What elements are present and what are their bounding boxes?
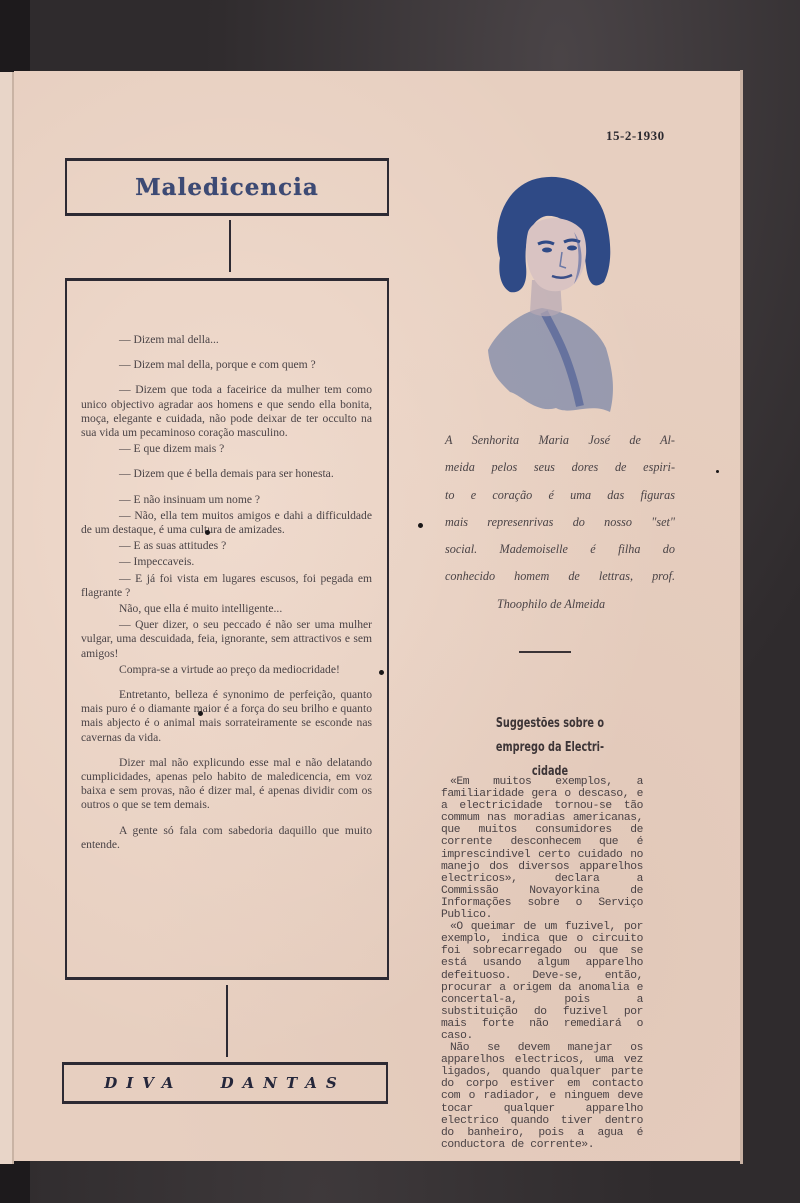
ink-speck xyxy=(716,470,719,473)
article-title: Maledicencia xyxy=(135,174,319,201)
paragraph: — Dizem que é bella demais para ser hone… xyxy=(81,467,372,481)
ink-speck xyxy=(198,711,203,716)
connector-rule-top xyxy=(229,220,231,272)
author-name: DIVA DANTAS xyxy=(104,1074,346,1092)
paragraph: «O queimar de um fuzivel, por exemplo, i… xyxy=(441,921,643,1042)
connector-rule-bottom xyxy=(226,985,228,1057)
caption-line: to e coração é uma das figuras xyxy=(445,482,675,509)
paragraph: — E que dizem mais ? xyxy=(81,442,372,456)
caption-line: A Senhorita Maria José de Al- xyxy=(445,427,675,454)
paragraph: — Quer dizer, o seu peccado é não ser um… xyxy=(81,618,372,661)
portrait-photo xyxy=(470,162,622,416)
paragraph: Dizer mal não explicundo esse mal e não … xyxy=(81,756,372,813)
caption-signature: Thoophilo de Almeida xyxy=(445,591,675,618)
paragraph: Não se devem manejar os apparelhos elect… xyxy=(441,1042,643,1151)
title-line: Suggestões sobre o emprego da Electri- xyxy=(471,711,629,759)
paragraph: — Dizem mal della... xyxy=(81,333,372,347)
caption-line: conhecido homem de lettras, prof. xyxy=(445,563,675,590)
paragraph: — E já foi vista em lugares escusos, foi… xyxy=(81,572,372,600)
ink-speck xyxy=(418,523,423,528)
ink-speck xyxy=(205,530,210,535)
paragraph: — Impeccaveis. xyxy=(81,555,372,569)
caption-line: social. Mademoiselle é filha do xyxy=(445,536,675,563)
previous-page-edge xyxy=(0,72,14,1164)
paragraph: Não, que ella é muito intelligente... xyxy=(81,602,372,616)
page-right-edge xyxy=(740,70,743,1164)
electricity-article-body: «Em muitos exemplos, a familiaridade ger… xyxy=(441,776,643,1151)
portrait-caption: A Senhorita Maria José de Al- meida pelo… xyxy=(445,427,675,618)
paragraph: A gente só fala com sabedoria daquillo q… xyxy=(81,824,372,852)
author-frame: DIVA DANTAS xyxy=(62,1062,388,1104)
paragraph: — E as suas attitudes ? xyxy=(81,539,372,553)
caption-line: meida pelos seus dores de espiri- xyxy=(445,454,675,481)
paragraph: — Dizem que toda a faceirice da mulher t… xyxy=(81,383,372,440)
caption-line: mais represenrivas do nosso "set" xyxy=(445,509,675,536)
paragraph: Entretanto, belleza é synonimo de perfei… xyxy=(81,688,372,745)
paragraph: — Dizem mal della, porque e com quem ? xyxy=(81,358,372,372)
electricity-article-title: Suggestões sobre o emprego da Electri- c… xyxy=(471,711,629,783)
paragraph: — Não, ella tem muitos amigos e dahi a d… xyxy=(81,509,372,537)
page-date: 15-2-1930 xyxy=(606,128,706,144)
title-frame: Maledicencia xyxy=(65,158,389,216)
ink-speck xyxy=(379,670,384,675)
paragraph: — E não insinuam um nome ? xyxy=(81,493,372,507)
article-body: — Dizem mal della... — Dizem mal della, … xyxy=(81,333,372,863)
paragraph: Compra-se a virtude ao preço da mediocri… xyxy=(81,663,372,677)
paragraph: «Em muitos exemplos, a familiaridade ger… xyxy=(441,776,643,921)
section-divider xyxy=(519,651,571,653)
